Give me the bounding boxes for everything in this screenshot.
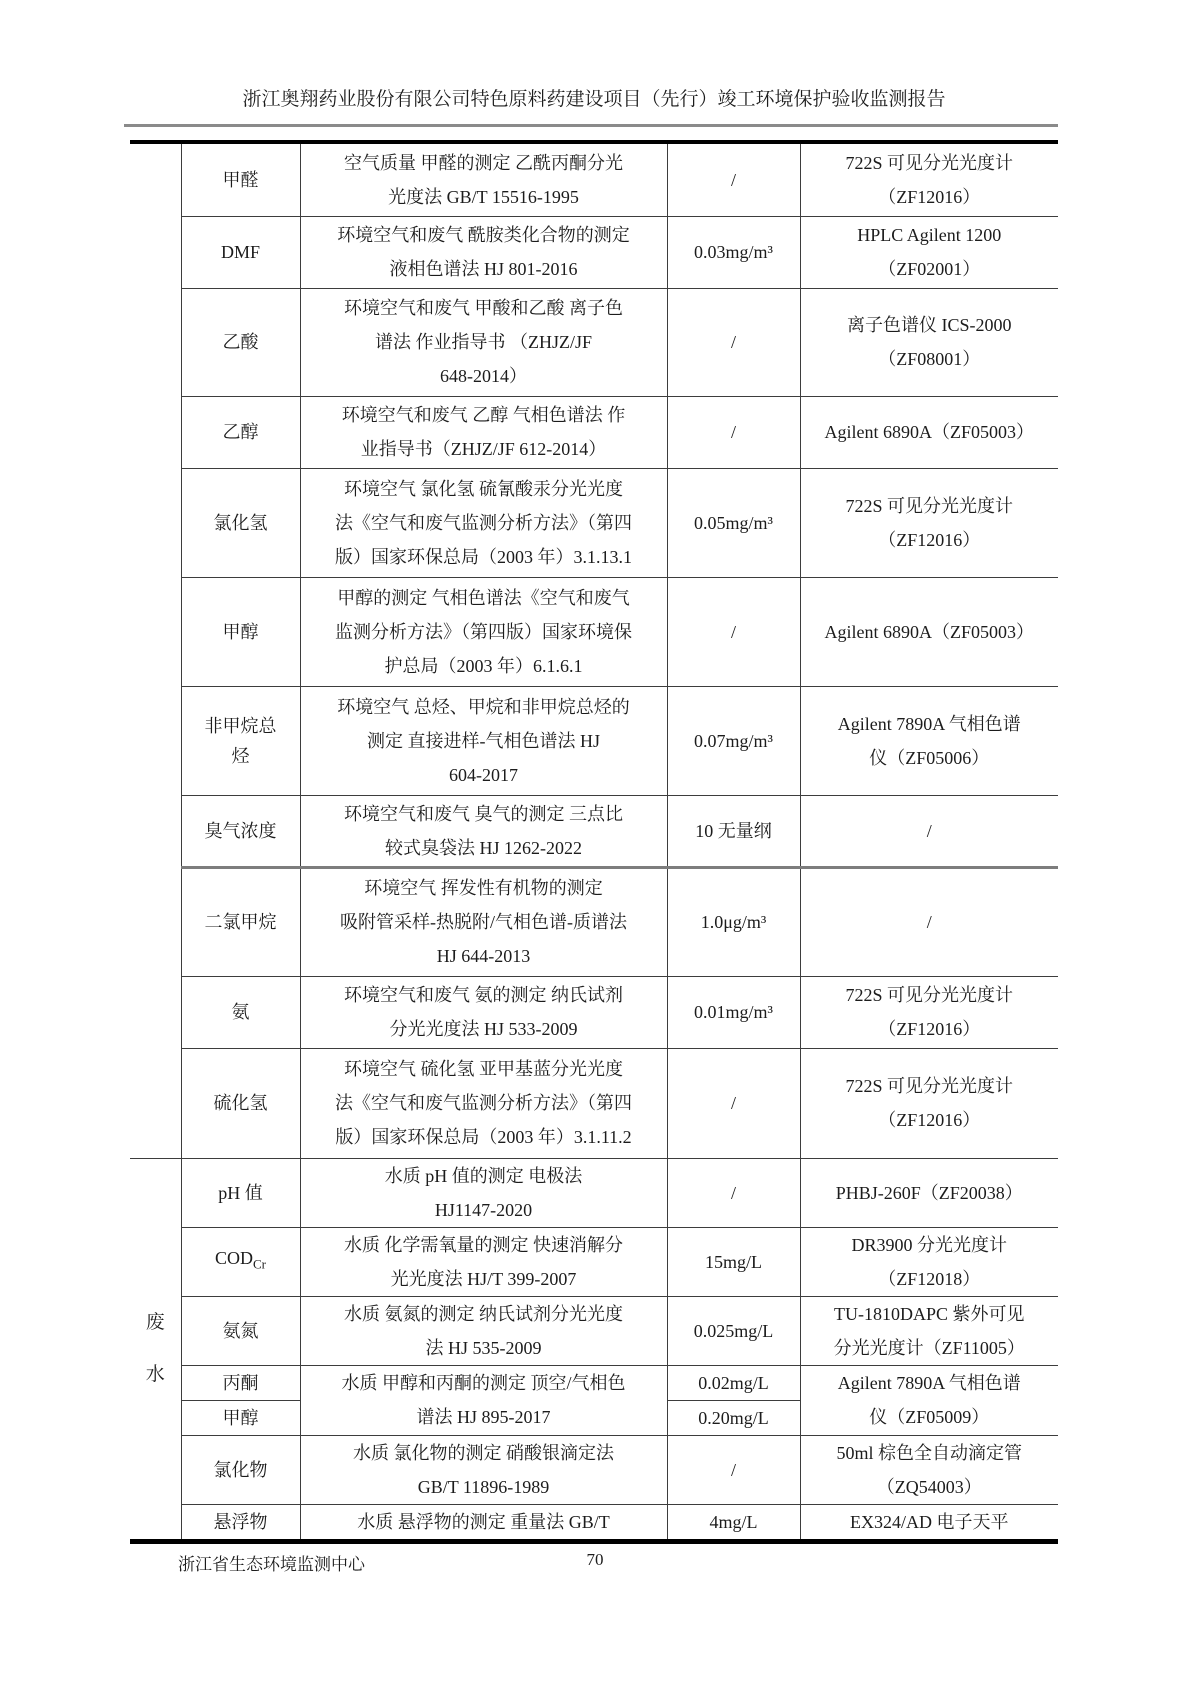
method-cell: 甲醇的测定 气相色谱法《空气和废气 监测分析方法》（第四版）国家环境保 护总局（…: [300, 577, 667, 686]
limit-cell: 0.05mg/m³: [667, 468, 800, 577]
method-cell: 环境空气 挥发性有机物的测定 吸附管采样-热脱附/气相色谱-质谱法 HJ 644…: [300, 867, 667, 976]
limit-cell: /: [667, 1048, 800, 1158]
substance-cell: 二氯甲烷: [181, 867, 300, 976]
instrument-cell: Agilent 6890A（ZF05003）: [800, 577, 1058, 686]
limit-cell: 0.20mg/L: [667, 1400, 800, 1435]
limit-cell: /: [667, 288, 800, 396]
table-row: 废水 pH 值 水质 pH 值的测定 电极法 HJ1147-2020 / PHB…: [130, 1158, 1058, 1227]
section-cell-wastewater: 废水: [130, 1158, 181, 1541]
substance-cell: 硫化氢: [181, 1048, 300, 1158]
limit-cell: /: [667, 1435, 800, 1504]
limit-cell: /: [667, 142, 800, 216]
substance-cell: 乙酸: [181, 288, 300, 396]
table-row: 二氯甲烷 环境空气 挥发性有机物的测定 吸附管采样-热脱附/气相色谱-质谱法 H…: [130, 867, 1058, 976]
limit-cell: 0.01mg/m³: [667, 976, 800, 1048]
section-label: 废水: [145, 1297, 165, 1401]
method-cell: 环境空气和废气 甲酸和乙酸 离子色 谱法 作业指导书 （ZHJZ/JF 648-…: [300, 288, 667, 396]
limit-cell: 15mg/L: [667, 1227, 800, 1296]
monitoring-methods-table: 甲醛 空气质量 甲醛的测定 乙酰丙酮分光 光度法 GB/T 15516-1995…: [130, 140, 1058, 1544]
limit-cell: 0.07mg/m³: [667, 686, 800, 795]
method-cell: 水质 悬浮物的测定 重量法 GB/T: [300, 1504, 667, 1541]
substance-cell: 臭气浓度: [181, 795, 300, 867]
limit-cell: 1.0μg/m³: [667, 867, 800, 976]
method-cell: 空气质量 甲醛的测定 乙酰丙酮分光 光度法 GB/T 15516-1995: [300, 142, 667, 216]
table-row: 乙醇 环境空气和废气 乙醇 气相色谱法 作 业指导书（ZHJZ/JF 612-2…: [130, 396, 1058, 468]
page-number: 70: [0, 1550, 1190, 1570]
instrument-cell: 离子色谱仪 ICS-2000 （ZF08001）: [800, 288, 1058, 396]
instrument-cell: PHBJ-260F（ZF20038）: [800, 1158, 1058, 1227]
table-row: 氨 环境空气和废气 氨的测定 纳氏试剂 分光光度法 HJ 533-2009 0.…: [130, 976, 1058, 1048]
table-row: 硫化氢 环境空气 硫化氢 亚甲基蓝分光光度 法《空气和废气监测分析方法》（第四 …: [130, 1048, 1058, 1158]
limit-cell: 0.02mg/L: [667, 1365, 800, 1400]
instrument-cell: EX324/AD 电子天平: [800, 1504, 1058, 1541]
limit-cell: 4mg/L: [667, 1504, 800, 1541]
table-row: 氯化物 水质 氯化物的测定 硝酸银滴定法 GB/T 11896-1989 / 5…: [130, 1435, 1058, 1504]
method-cell: 环境空气和废气 乙醇 气相色谱法 作 业指导书（ZHJZ/JF 612-2014…: [300, 396, 667, 468]
method-cell: 环境空气和废气 臭气的测定 三点比 较式臭袋法 HJ 1262-2022: [300, 795, 667, 867]
table-row: 甲醇 甲醇的测定 气相色谱法《空气和废气 监测分析方法》（第四版）国家环境保 护…: [130, 577, 1058, 686]
limit-cell: 0.025mg/L: [667, 1296, 800, 1365]
table-row: CODCr 水质 化学需氧量的测定 快速消解分 光光度法 HJ/T 399-20…: [130, 1227, 1058, 1296]
method-cell: 环境空气 氯化氢 硫氰酸汞分光光度 法《空气和废气监测分析方法》（第四 版）国家…: [300, 468, 667, 577]
substance-cell: 甲醛: [181, 142, 300, 216]
substance-cell: CODCr: [181, 1227, 300, 1296]
instrument-cell: 50ml 棕色全自动滴定管 （ZQ54003）: [800, 1435, 1058, 1504]
substance-cell: 氨: [181, 976, 300, 1048]
table-row: 氯化氢 环境空气 氯化氢 硫氰酸汞分光光度 法《空气和废气监测分析方法》（第四 …: [130, 468, 1058, 577]
substance-cell: 氯化氢: [181, 468, 300, 577]
substance-cell: 乙醇: [181, 396, 300, 468]
table-row: 丙酮 水质 甲醇和丙酮的测定 顶空/气相色 谱法 HJ 895-2017 0.0…: [130, 1365, 1058, 1400]
substance-cell: pH 值: [181, 1158, 300, 1227]
substance-cell: 非甲烷总 烃: [181, 686, 300, 795]
table-row: 甲醛 空气质量 甲醛的测定 乙酰丙酮分光 光度法 GB/T 15516-1995…: [130, 142, 1058, 216]
substance-cell: 悬浮物: [181, 1504, 300, 1541]
limit-cell: /: [667, 577, 800, 686]
instrument-cell: /: [800, 795, 1058, 867]
table-row: 臭气浓度 环境空气和废气 臭气的测定 三点比 较式臭袋法 HJ 1262-202…: [130, 795, 1058, 867]
limit-cell: 0.03mg/m³: [667, 216, 800, 288]
method-cell: 水质 甲醇和丙酮的测定 顶空/气相色 谱法 HJ 895-2017: [300, 1365, 667, 1435]
instrument-cell: 722S 可见分光光度计 （ZF12016）: [800, 142, 1058, 216]
substance-cell: 氨氮: [181, 1296, 300, 1365]
instrument-cell: Agilent 7890A 气相色谱 仪（ZF05009）: [800, 1365, 1058, 1435]
table-row: DMF 环境空气和废气 酰胺类化合物的测定 液相色谱法 HJ 801-2016 …: [130, 216, 1058, 288]
method-cell: 环境空气 总烃、甲烷和非甲烷总烃的 测定 直接进样-气相色谱法 HJ 604-2…: [300, 686, 667, 795]
method-cell: 水质 氨氮的测定 纳氏试剂分光光度 法 HJ 535-2009: [300, 1296, 667, 1365]
instrument-cell: 722S 可见分光光度计 （ZF12016）: [800, 468, 1058, 577]
instrument-cell: /: [800, 867, 1058, 976]
substance-cell: 甲醇: [181, 577, 300, 686]
substance-cell: 氯化物: [181, 1435, 300, 1504]
report-header-title: 浙江奥翔药业股份有限公司特色原料药建设项目（先行）竣工环境保护验收监测报告: [130, 84, 1058, 111]
substance-cell: 丙酮: [181, 1365, 300, 1400]
substance-cell: 甲醇: [181, 1400, 300, 1435]
method-cell: 环境空气 硫化氢 亚甲基蓝分光光度 法《空气和废气监测分析方法》（第四 版）国家…: [300, 1048, 667, 1158]
table-row: 氨氮 水质 氨氮的测定 纳氏试剂分光光度 法 HJ 535-2009 0.025…: [130, 1296, 1058, 1365]
substance-subscript: Cr: [253, 1257, 266, 1272]
method-cell: 环境空气和废气 酰胺类化合物的测定 液相色谱法 HJ 801-2016: [300, 216, 667, 288]
limit-cell: /: [667, 1158, 800, 1227]
method-cell: 水质 化学需氧量的测定 快速消解分 光光度法 HJ/T 399-2007: [300, 1227, 667, 1296]
table-row: 悬浮物 水质 悬浮物的测定 重量法 GB/T 4mg/L EX324/AD 电子…: [130, 1504, 1058, 1541]
instrument-cell: Agilent 7890A 气相色谱 仪（ZF05006）: [800, 686, 1058, 795]
header-rule: [124, 124, 1058, 127]
substance-label: COD: [215, 1248, 253, 1268]
limit-cell: /: [667, 396, 800, 468]
method-cell: 水质 氯化物的测定 硝酸银滴定法 GB/T 11896-1989: [300, 1435, 667, 1504]
instrument-cell: DR3900 分光光度计 （ZF12018）: [800, 1227, 1058, 1296]
instrument-cell: HPLC Agilent 1200 （ZF02001）: [800, 216, 1058, 288]
section-cell-air: [130, 142, 181, 1158]
substance-cell: DMF: [181, 216, 300, 288]
instrument-cell: Agilent 6890A（ZF05003）: [800, 396, 1058, 468]
method-cell: 水质 pH 值的测定 电极法 HJ1147-2020: [300, 1158, 667, 1227]
instrument-cell: TU-1810DAPC 紫外可见 分光光度计（ZF11005）: [800, 1296, 1058, 1365]
table-row: 乙酸 环境空气和废气 甲酸和乙酸 离子色 谱法 作业指导书 （ZHJZ/JF 6…: [130, 288, 1058, 396]
table-row: 非甲烷总 烃 环境空气 总烃、甲烷和非甲烷总烃的 测定 直接进样-气相色谱法 H…: [130, 686, 1058, 795]
limit-cell: 10 无量纲: [667, 795, 800, 867]
instrument-cell: 722S 可见分光光度计 （ZF12016）: [800, 1048, 1058, 1158]
instrument-cell: 722S 可见分光光度计 （ZF12016）: [800, 976, 1058, 1048]
method-cell: 环境空气和废气 氨的测定 纳氏试剂 分光光度法 HJ 533-2009: [300, 976, 667, 1048]
